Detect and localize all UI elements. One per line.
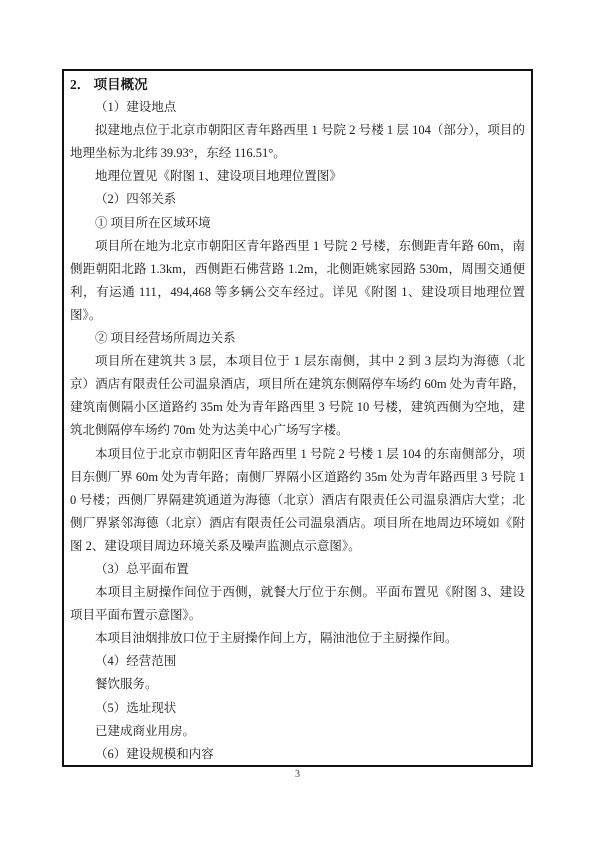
paragraph: 本项目位于北京市朝阳区青年路西里 1 号院 2 号楼 1 层 104 的东南侧部… xyxy=(70,443,525,558)
paragraph: （1）建设地点 xyxy=(70,96,525,119)
section-heading: 2． 项目概况 xyxy=(70,73,525,96)
paragraph: 餐饮服务。 xyxy=(70,673,525,696)
paragraph: ① 项目所在区域环境 xyxy=(70,212,525,235)
paragraph: 本项目油烟排放口位于主厨操作间上方，隔油池位于主厨操作间。 xyxy=(70,627,525,650)
document-page: 2． 项目概况（1）建设地点拟建地点位于北京市朝阳区青年路西里 1 号院 2 号… xyxy=(0,0,595,841)
paragraph: 拟建地点位于北京市朝阳区青年路西里 1 号院 2 号楼 1 层 104（部分），… xyxy=(70,119,525,165)
paragraph: 已建成商业用房。 xyxy=(70,720,525,743)
paragraph: 本项目总投资 200 万元，利用已建成商业用房进行经营，占地面积 350m²，建… xyxy=(70,766,525,767)
paragraph: ② 项目经营场所周边关系 xyxy=(70,327,525,350)
paragraph: （4）经营范围 xyxy=(70,650,525,673)
paragraph: （6）建设规模和内容 xyxy=(70,743,525,766)
paragraph: 项目所在地为北京市朝阳区青年路西里 1 号院 2 号楼，东侧距青年路 60m，南… xyxy=(70,235,525,327)
page-number: 3 xyxy=(0,768,595,782)
paragraph: 地理位置见《附图 1、建设项目地理位置图》 xyxy=(70,165,525,188)
paragraph: （5）选址现状 xyxy=(70,697,525,720)
paragraph: （3）总平面布置 xyxy=(70,558,525,581)
report-table-cell: 2． 项目概况（1）建设地点拟建地点位于北京市朝阳区青年路西里 1 号院 2 号… xyxy=(62,69,533,767)
paragraph: 项目所在建筑共 3 层，本项目位于 1 层东南侧，其中 2 到 3 层均为海德（… xyxy=(70,350,525,442)
paragraph: 本项目主厨操作间位于西侧，就餐大厅位于东侧。平面布置见《附图 3、建设项目平面布… xyxy=(70,581,525,627)
paragraph: （2）四邻关系 xyxy=(70,188,525,211)
section-project-overview: 2． 项目概况（1）建设地点拟建地点位于北京市朝阳区青年路西里 1 号院 2 号… xyxy=(70,73,525,767)
